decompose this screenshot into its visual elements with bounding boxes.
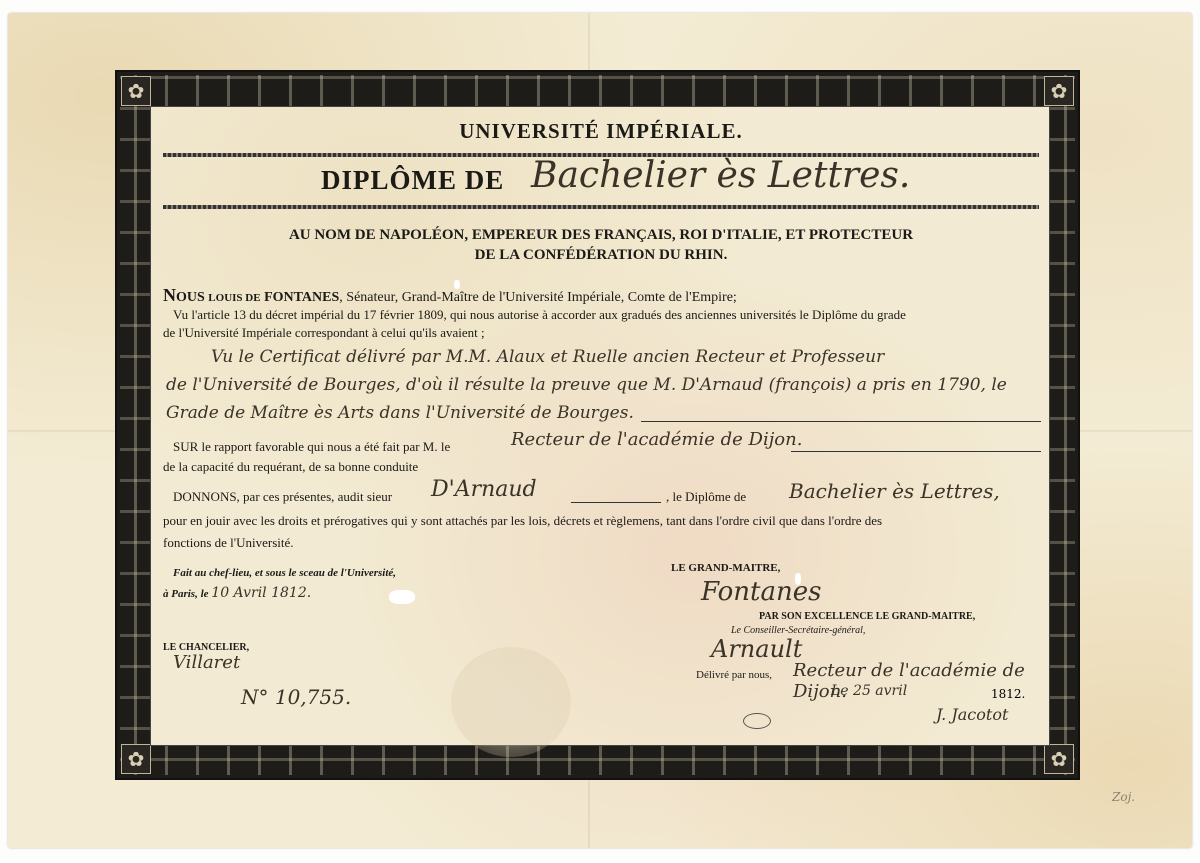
issue-date-handwritten: 10 Avril 1812.	[211, 585, 311, 601]
grand-maitre-signature: Fontanes	[701, 577, 821, 607]
institution-title: UNIVERSITÉ IMPÉRIALE.	[151, 119, 1051, 144]
degree-handwritten: Bachelier ès Lettres,	[789, 479, 1000, 503]
given-name: LOUIS DE	[208, 292, 260, 304]
invocation: AU NOM DE NAPOLÉON, EMPEREUR DES FRANÇAI…	[151, 225, 1051, 265]
registration-number: N° 10,755.	[241, 685, 351, 709]
fill-line	[571, 502, 661, 503]
invocation-line-2: DE LA CONFÉDÉRATION DU RHIN.	[151, 245, 1051, 265]
pour-en-jouir-line: pour en jouir avec les droits et préroga…	[163, 513, 882, 529]
fonctions-line: fonctions de l'Université.	[163, 535, 294, 551]
fait-au-line: Fait au chef-lieu, et sous le sceau de l…	[173, 567, 396, 579]
delivre-par-label: Délivré par nous,	[696, 669, 772, 681]
corner-rosette-icon	[121, 76, 151, 106]
library-stamp-icon	[743, 713, 771, 729]
a-paris-label: à Paris, le	[163, 588, 209, 600]
fill-line	[641, 421, 1041, 422]
donnons-line: DONNONS, par ces présentes, audit sieur	[173, 489, 392, 505]
corner-rosette-icon	[1044, 744, 1074, 774]
par-son-excellence-label: PAR SON EXCELLENCE LE GRAND-MAITRE,	[759, 611, 975, 622]
handwritten-certificate-line-3: Grade de Maître ès Arts dans l'Universit…	[166, 403, 1036, 423]
corner-rosette-icon	[121, 744, 151, 774]
recteur-signature: J. Jacotot	[936, 705, 1008, 724]
handwritten-certificate-line-2: de l'Université de Bourges, d'où il résu…	[166, 375, 1036, 395]
wax-seal-residue	[451, 647, 571, 757]
surname: FONTANES	[264, 290, 339, 305]
diploma-content: UNIVERSITÉ IMPÉRIALE. DIPLÔME DE Bacheli…	[150, 106, 1050, 746]
fill-line	[791, 451, 1041, 452]
paris-date-line: à Paris, le 10 Avril 1812.	[163, 585, 311, 601]
capacite-line: de la capacité du requérant, de sa bonne…	[163, 459, 418, 475]
delivery-date-handwritten: Le 25 avril	[831, 683, 907, 699]
chancelier-signature: Villaret	[173, 652, 240, 673]
nous-word: OUS	[176, 290, 205, 305]
corner-rosette-icon	[1044, 76, 1074, 106]
sur-rapport-handwritten: Recteur de l'académie de Dijon.	[511, 429, 802, 450]
nous-line: NOUS LOUIS DE FONTANES, Sénateur, Grand-…	[163, 285, 737, 306]
grand-maitre-label: LE GRAND-MAITRE,	[671, 562, 780, 574]
conseiller-signature: Arnault	[711, 635, 802, 663]
handwritten-certificate-line-1: Vu le Certificat délivré par M.M. Alaux …	[211, 347, 1081, 367]
wavy-divider	[163, 205, 1039, 209]
sur-rapport-line: SUR le rapport favorable qui nous a été …	[173, 439, 450, 455]
delivery-year: 1812.	[991, 687, 1025, 701]
invocation-line-1: AU NOM DE NAPOLÉON, EMPEREUR DES FRANÇAI…	[151, 225, 1051, 245]
diploma-de-label: , le Diplôme de	[666, 489, 746, 505]
recipient-name-handwritten: D'Arnaud	[431, 477, 537, 502]
seal-hole	[389, 590, 415, 604]
margin-pencil-note: Zoj.	[1112, 790, 1135, 804]
diploma-title-handwritten: Bachelier ès Lettres.	[531, 155, 910, 196]
titles: , Sénateur, Grand-Maître de l'Université…	[339, 290, 737, 305]
diploma-prefix: DIPLÔME DE	[321, 165, 504, 196]
vu-line-1: Vu l'article 13 du décret impérial du 17…	[173, 307, 906, 323]
drop-initial: N	[163, 285, 176, 305]
vu-line-2: de l'Université Impériale correspondant …	[163, 325, 485, 341]
